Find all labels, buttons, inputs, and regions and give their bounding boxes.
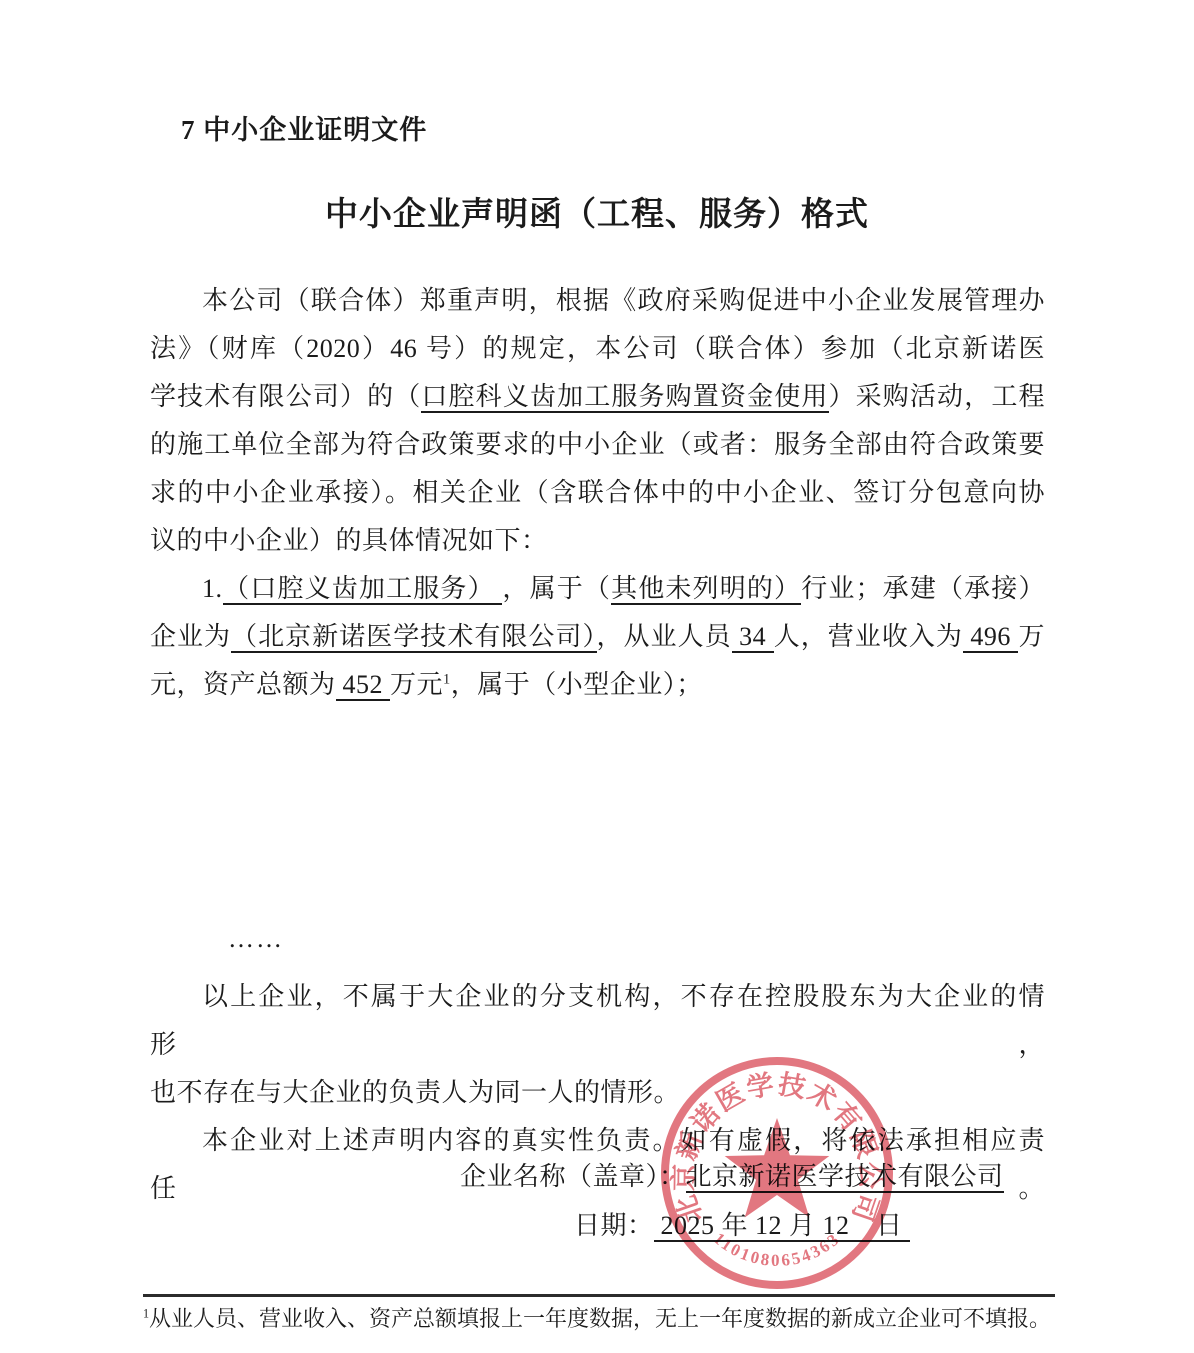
text-line: 议的中小企业）的具体情况如下： [150, 517, 1045, 565]
text-line: 本公司（联合体）郑重声明，根据《政府采购促进中小企业发展管理办 [150, 277, 1045, 325]
signature-block: 企业名称（盖章）：北京新诺医学技术有限公司 日期： 2025 年 12 月 12… [150, 1152, 1045, 1250]
company-name-value: 北京新诺医学技术有限公司 [686, 1162, 1004, 1193]
text-line: 1.（口腔义齿加工服务） ，属于（其他未列明的）行业；承建（承接） [150, 565, 1045, 613]
text-line: 法》（财库（2020）46 号）的规定，本公司（联合体）参加（北京新诺医 [150, 325, 1045, 373]
company-name-line: 企业名称（盖章）：北京新诺医学技术有限公司 [150, 1152, 1045, 1201]
declaration-body-text: 本公司（联合体）郑重声明，根据《政府采购促进中小企业发展管理办法》（财库（202… [150, 277, 1045, 709]
section-heading: 7 中小企业证明文件 [181, 108, 427, 147]
date-value: 2025 年 12 月 12 日 [654, 1211, 910, 1242]
scanned-document-page: 7 中小企业证明文件 中小企业声明函（工程、服务）格式 本公司（联合体）郑重声明… [0, 0, 1194, 1353]
text-line: 的施工单位全部为符合政策要求的中小企业（或者：服务全部由符合政策要 [150, 421, 1045, 469]
company-name-label: 企业名称（盖章）： [460, 1162, 686, 1191]
text-line: 学技术有限公司）的（口腔科义齿加工服务购置资金使用）采购活动，工程 [150, 373, 1045, 421]
text-line: 企业为（北京新诺医学技术有限公司），从业人员 34 人，营业收入为 496 万 [150, 613, 1045, 661]
ellipsis-text: …… [228, 924, 284, 953]
date-line: 日期： 2025 年 12 月 12 日 [150, 1201, 1045, 1250]
date-label: 日期： [574, 1211, 654, 1240]
document-title: 中小企业声明函（工程、服务）格式 [0, 188, 1194, 235]
text-line: 求的中小企业承接）。相关企业（含联合体中的中小企业、签订分包意向协 [150, 469, 1045, 517]
footnote-text: 从业人员、营业收入、资产总额填报上一年度数据，无上一年度数据的新成立企业可不填报… [149, 1306, 1051, 1331]
text-line: 以上企业，不属于大企业的分支机构，不存在控股股东为大企业的情形， [150, 973, 1045, 1069]
footnote: 1从业人员、营业收入、资产总额填报上一年度数据，无上一年度数据的新成立企业可不填… [143, 1294, 1055, 1334]
text-line: 也不存在与大企业的负责人为同一人的情形。 [150, 1069, 1045, 1117]
text-line: 元，资产总额为 452 万元1，属于（小型企业）； [150, 661, 1045, 709]
ellipsis-line: …… [150, 915, 1045, 963]
